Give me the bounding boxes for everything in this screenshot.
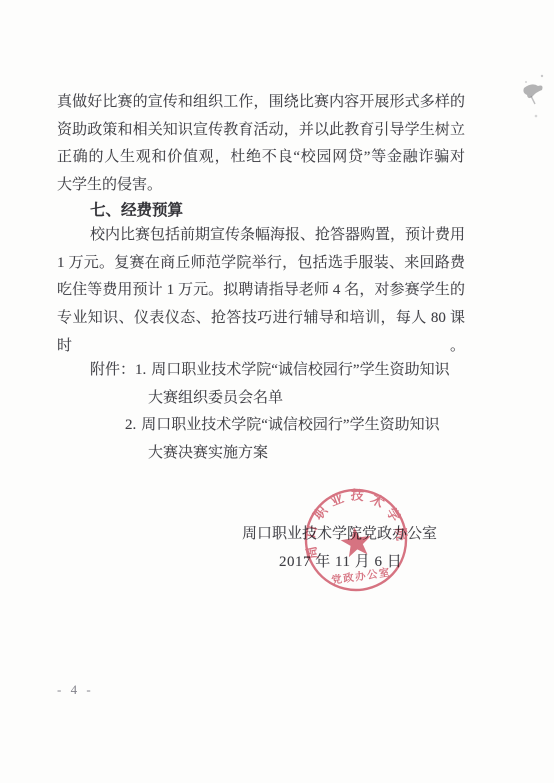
paragraph-line: 资助政策和相关知识宣传教育活动，并以此教育引导学生树立: [57, 117, 465, 145]
signature-line: 周口职业技术学院党政办公室: [242, 521, 437, 549]
attachment-number: 1.: [135, 357, 146, 385]
scanned-document-page: 真做好比赛的宣传和组织工作，围绕比赛内容开展形式多样的 资助政策和相关知识宣传教…: [0, 0, 554, 783]
attachments-label: 附件：: [90, 362, 135, 378]
attachment-title: 周口职业技术学院“诚信校园行”学生资助知识: [151, 362, 449, 378]
paragraph-line: 1 万元。复赛在商丘师范学院举行，包括选手服装、来回路费: [57, 250, 465, 278]
paragraph-line: 吃住等费用预计 1 万元。拟聘请指导老师 4 名，对参赛学生的: [57, 277, 465, 305]
paragraph-line: 真做好比赛的宣传和组织工作，围绕比赛内容开展形式多样的: [57, 89, 465, 117]
body-paragraph-1: 真做好比赛的宣传和组织工作，围绕比赛内容开展形式多样的 资助政策和相关知识宣传教…: [57, 89, 465, 200]
section-heading: 七、经费预算: [90, 197, 183, 225]
body-paragraph-2: 校内比赛包括前期宣传条幅海报、抢答器购置，预计费用 1 万元。复赛在商丘师范学院…: [57, 222, 465, 333]
paragraph-line: 专业知识、仪表仪态、抢答技巧进行辅导和培训，每人 80 课时。: [57, 305, 465, 333]
paragraph-line: 大学生的侵害。: [57, 172, 465, 200]
attachment-item-1-line-1: 附件：1.周口职业技术学院“诚信校园行”学生资助知识: [90, 357, 450, 385]
paragraph-line: 正确的人生观和价值观，杜绝不良“校园网贷”等金融诈骗对: [57, 144, 465, 172]
page-number: - 4 -: [57, 682, 94, 698]
attachment-item-2-line-2: 大赛决赛实施方案: [148, 440, 268, 468]
date-line: 2017 年 11 月 6 日: [279, 549, 402, 577]
attachment-number: 2.: [125, 412, 136, 440]
attachment-title: 大赛组织委员会名单: [148, 390, 283, 406]
attachment-item-2-line-1: 2.周口职业技术学院“诚信校园行”学生资助知识: [125, 412, 440, 440]
attachment-title: 周口职业技术学院“诚信校园行”学生资助知识: [141, 417, 439, 433]
paragraph-line: 校内比赛包括前期宣传条幅海报、抢答器购置，预计费用: [57, 222, 465, 250]
attachment-item-1-line-2: 大赛组织委员会名单: [148, 385, 283, 413]
attachment-title: 大赛决赛实施方案: [148, 445, 268, 461]
scan-smudge-artifact: [518, 66, 552, 122]
